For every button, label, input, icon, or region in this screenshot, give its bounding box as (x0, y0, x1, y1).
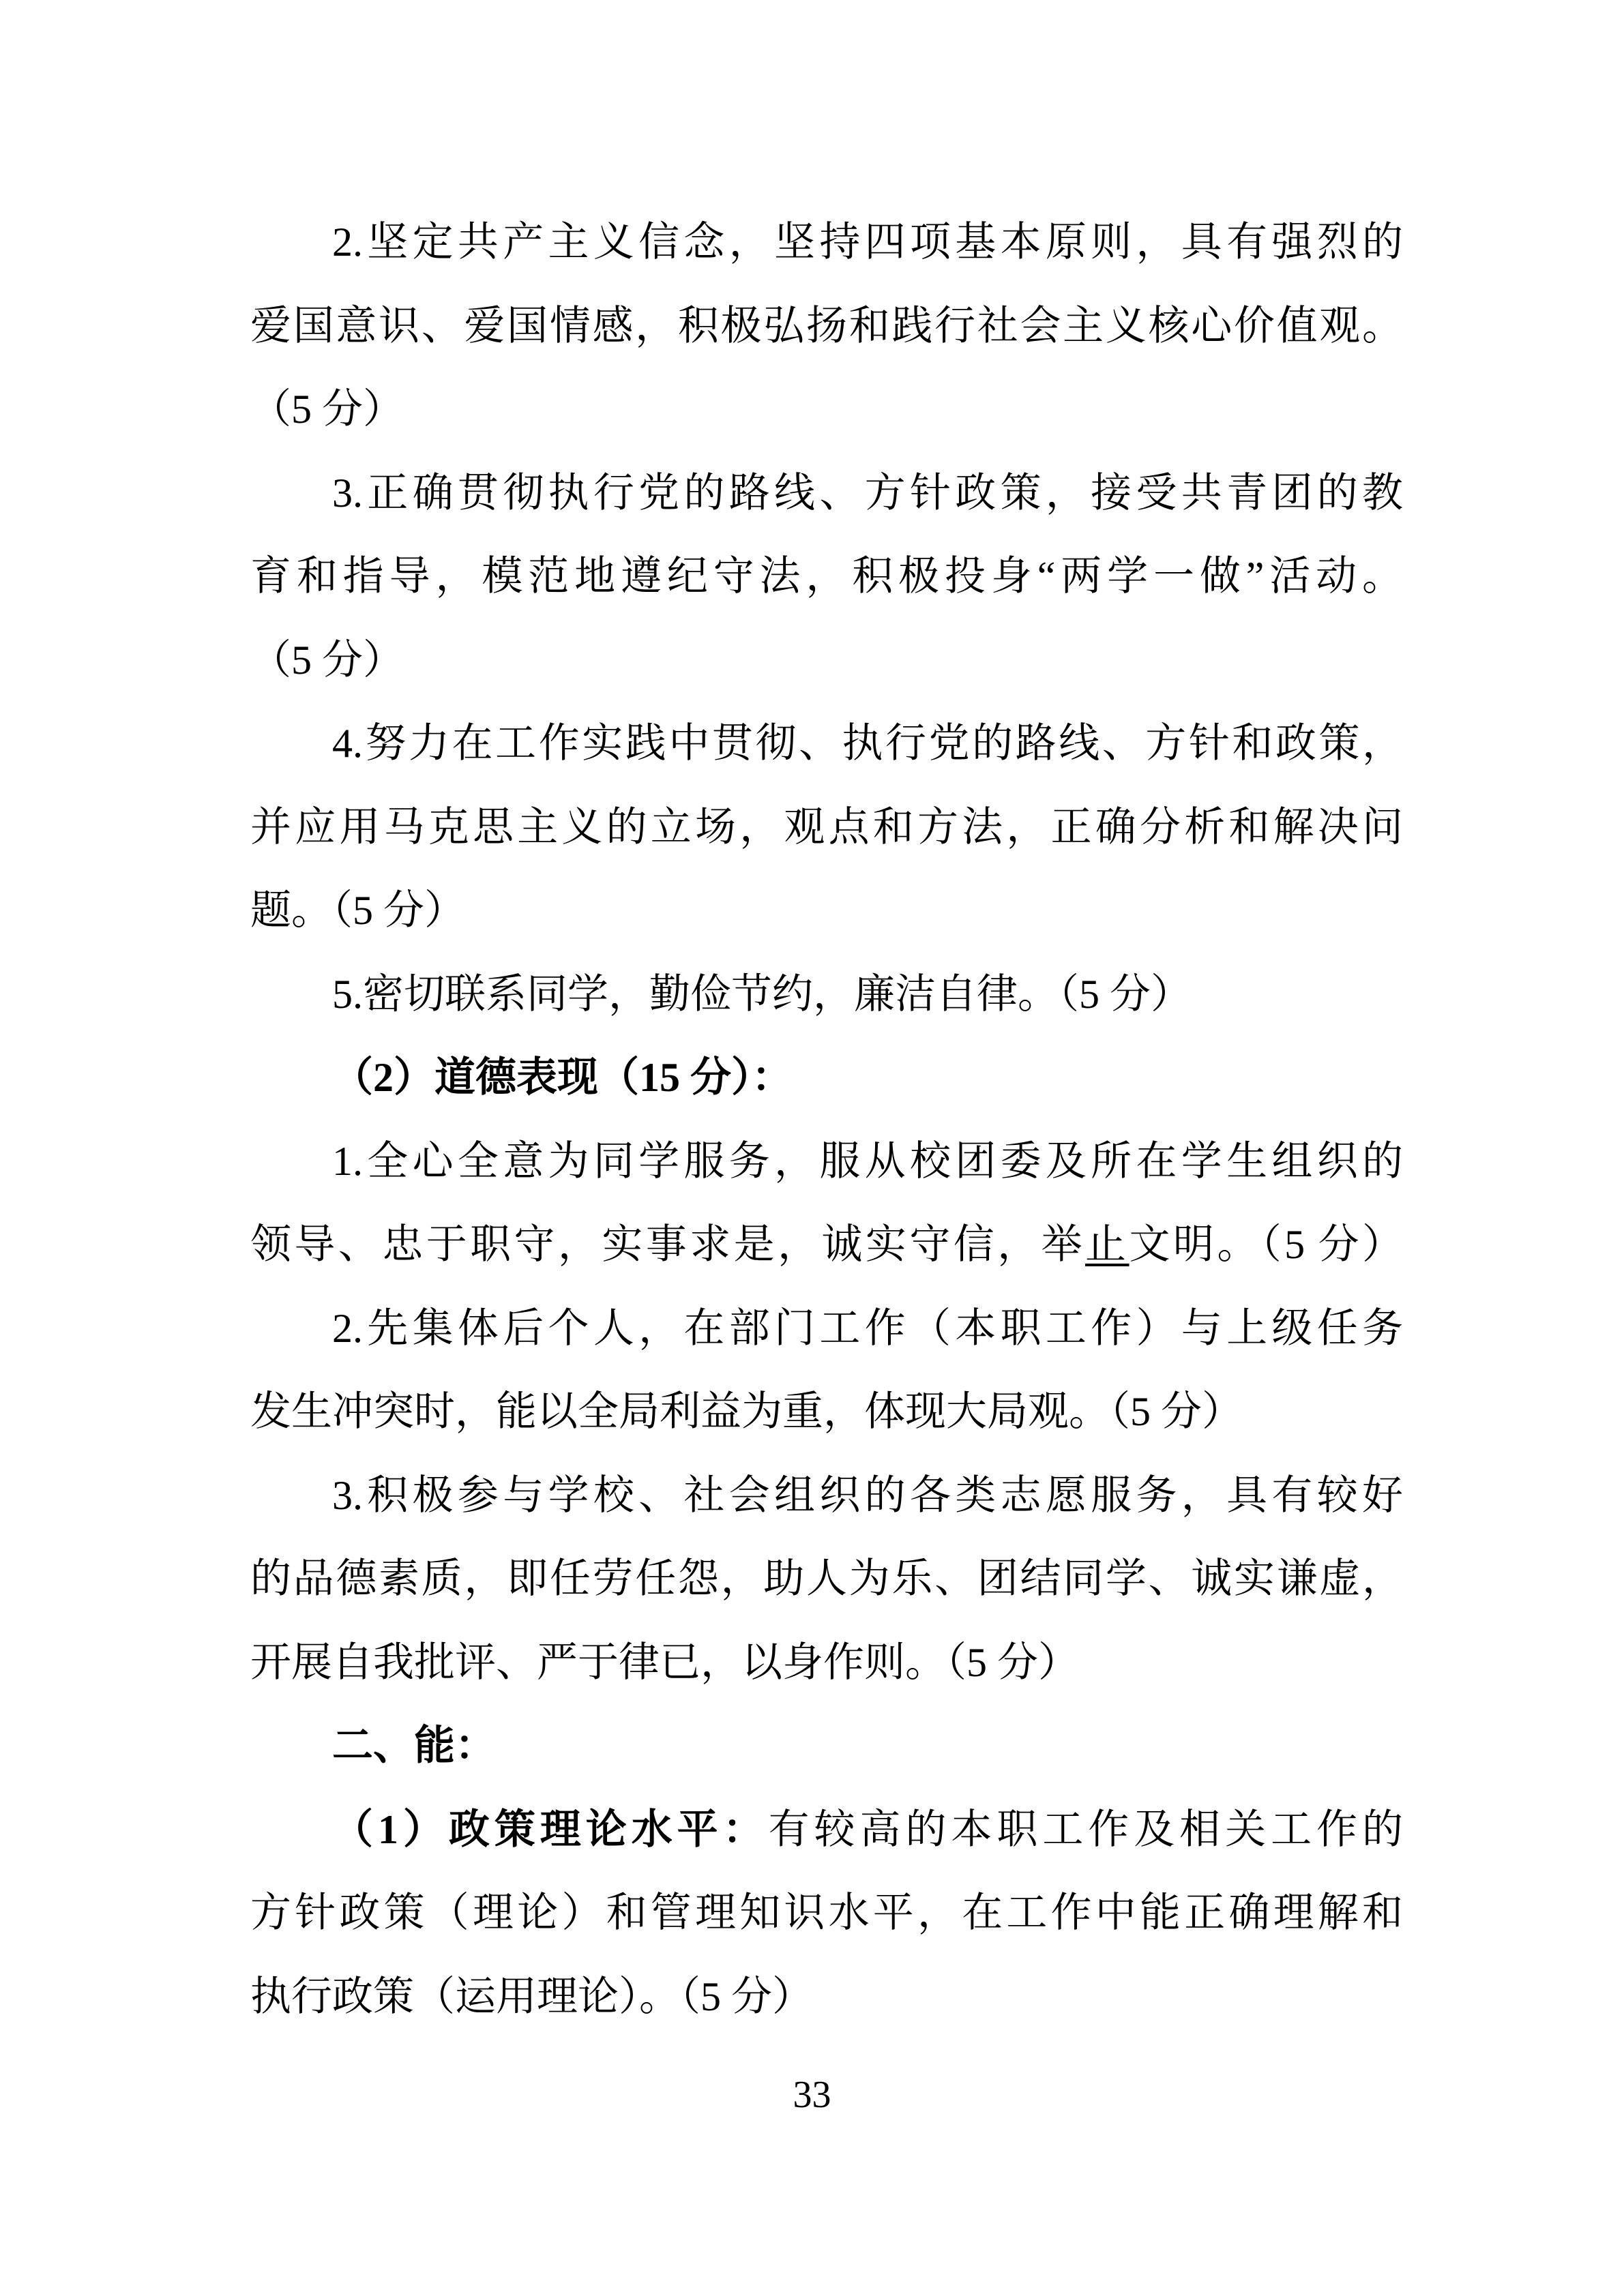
text-segment: （5 分） (250, 638, 404, 683)
page-number: 33 (0, 2074, 1624, 2115)
text-segment: 开展自我批评、严于律已，以身作则。（5 分） (250, 1640, 1079, 1685)
underlined-char: 止 (1085, 1222, 1129, 1267)
text-segment: （5 分） (250, 387, 404, 432)
text-segment: 题。（5 分） (250, 888, 465, 933)
text-line: （5 分） (250, 618, 1403, 702)
text-segment: 有较高的本职工作及相关工作的 (769, 1807, 1403, 1852)
text-segment: 育和指导，模范地遵纪守法，积极投身“两学一做”活动。 (250, 554, 1403, 599)
document-page: 2.坚定共产主义信念，坚持四项基本原则，具有强烈的爱国意识、爱国情感，积极弘扬和… (0, 0, 1624, 2296)
text-line: 领导、忠于职守，实事求是，诚实守信，举止文明。（5 分） (250, 1203, 1403, 1287)
text-segment: （2）道德表现（15 分）： (332, 1055, 793, 1100)
text-segment: 的品德素质，即任劳任怨，助人为乐、团结同学、诚实谦虚， (250, 1556, 1403, 1601)
text-segment: 3.正确贯彻执行党的路线、方针政策，接受共青团的教 (332, 471, 1403, 516)
text-segment: 执行政策（运用理论）。（5 分） (250, 1974, 813, 2019)
text-line: 2.先集体后个人，在部门工作（本职工作）与上级任务 (250, 1287, 1403, 1371)
text-line: 3.积极参与学校、社会组织的各类志愿服务，具有较好 (250, 1454, 1403, 1538)
text-line: 执行政策（运用理论）。（5 分） (250, 1955, 1403, 2039)
text-segment: 文明。（5 分） (1129, 1222, 1403, 1267)
text-segment: 爱国意识、爱国情感，积极弘扬和践行社会主义核心价值观。 (250, 303, 1403, 348)
text-line: 育和指导，模范地遵纪守法，积极投身“两学一做”活动。 (250, 535, 1403, 618)
text-line: 3.正确贯彻执行党的路线、方针政策，接受共青团的教 (250, 451, 1403, 535)
text-line: 二、能： (250, 1704, 1403, 1788)
text-segment: 2.先集体后个人，在部门工作（本职工作）与上级任务 (332, 1306, 1403, 1351)
text-segment: 方针政策（理论）和管理知识水平，在工作中能正确理解和 (250, 1890, 1403, 1935)
text-line: 爱国意识、爱国情感，积极弘扬和践行社会主义核心价值观。 (250, 284, 1403, 368)
text-line: （2）道德表现（15 分）： (250, 1036, 1403, 1120)
text-line: 开展自我批评、严于律已，以身作则。（5 分） (250, 1621, 1403, 1705)
text-segment: 2.坚定共产主义信念，坚持四项基本原则，具有强烈的 (332, 220, 1403, 265)
text-line: 的品德素质，即任劳任怨，助人为乐、团结同学、诚实谦虚， (250, 1537, 1403, 1621)
text-line: 1.全心全意为同学服务，服从校团委及所在学生组织的 (250, 1120, 1403, 1204)
text-line: 2.坚定共产主义信念，坚持四项基本原则，具有强烈的 (250, 200, 1403, 284)
text-line: 4.努力在工作实践中贯彻、执行党的路线、方针和政策， (250, 702, 1403, 786)
text-line: 5.密切联系同学，勤俭节约，廉洁自律。（5 分） (250, 953, 1403, 1037)
text-line: 题。（5 分） (250, 869, 1403, 953)
text-line: 并应用马克思主义的立场，观点和方法，正确分析和解决问 (250, 786, 1403, 869)
document-body: 2.坚定共产主义信念，坚持四项基本原则，具有强烈的爱国意识、爱国情感，积极弘扬和… (250, 200, 1403, 2038)
text-line: （5 分） (250, 368, 1403, 451)
text-segment: 二、能： (332, 1723, 496, 1768)
text-segment: 3.积极参与学校、社会组织的各类志愿服务，具有较好 (332, 1473, 1403, 1518)
text-segment: （1）政策理论水平： (332, 1807, 769, 1852)
text-segment: 5.密切联系同学，勤俭节约，廉洁自律。（5 分） (332, 972, 1192, 1017)
text-segment: 4.努力在工作实践中贯彻、执行党的路线、方针和政策， (332, 721, 1403, 766)
text-line: （1）政策理论水平：有较高的本职工作及相关工作的 (250, 1788, 1403, 1872)
text-segment: 1.全心全意为同学服务，服从校团委及所在学生组织的 (332, 1139, 1403, 1184)
text-line: 方针政策（理论）和管理知识水平，在工作中能正确理解和 (250, 1871, 1403, 1955)
text-segment: 并应用马克思主义的立场，观点和方法，正确分析和解决问 (250, 805, 1403, 850)
text-segment: 领导、忠于职守，实事求是，诚实守信，举 (250, 1222, 1085, 1267)
text-line: 发生冲突时，能以全局利益为重，体现大局观。（5 分） (250, 1370, 1403, 1454)
text-segment: 发生冲突时，能以全局利益为重，体现大局观。（5 分） (250, 1389, 1243, 1434)
